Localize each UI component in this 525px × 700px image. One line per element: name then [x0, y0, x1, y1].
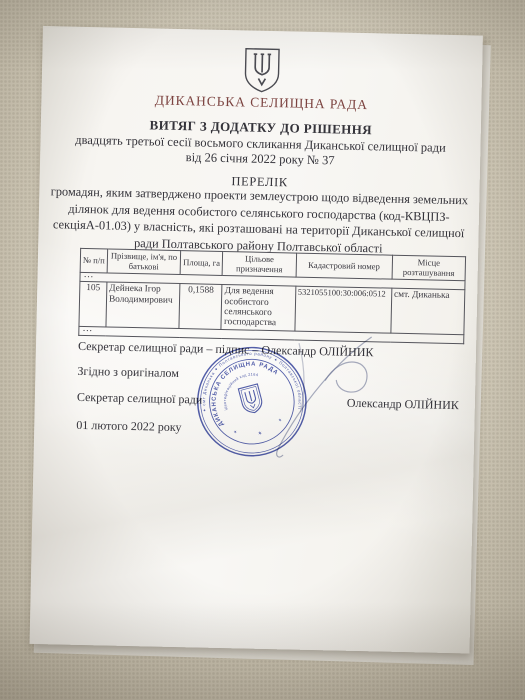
header-location: Місце розташування — [392, 255, 466, 281]
header-cadastral-number: Кадастровий номер — [296, 253, 393, 279]
secretary-title: Секретар селищної ради — [77, 390, 203, 408]
pen-signature-icon — [183, 317, 416, 482]
cell-ordinal: 105 — [79, 282, 107, 328]
photo-background: ДИКАНСЬКА СЕЛИЩНА РАДА ВИТЯГ З ДОДАТКУ Д… — [0, 0, 525, 700]
header-area: Площа, га — [180, 251, 223, 276]
list-description: громадян, яким затверджено проекти земле… — [38, 183, 479, 259]
header-purpose: Цільове призначення — [223, 251, 297, 277]
trident-emblem-icon — [242, 45, 283, 96]
cell-full-name: Дейнека Ігор Володимирович — [106, 282, 180, 329]
header-full-name: Прізвище, ім'я, по батькові — [107, 249, 181, 275]
org-name: ДИКАНСЬКА СЕЛИЩНА РАДА — [41, 90, 481, 116]
document-sheet: ДИКАНСЬКА СЕЛИЩНА РАДА ВИТЯГ З ДОДАТКУ Д… — [30, 26, 483, 653]
